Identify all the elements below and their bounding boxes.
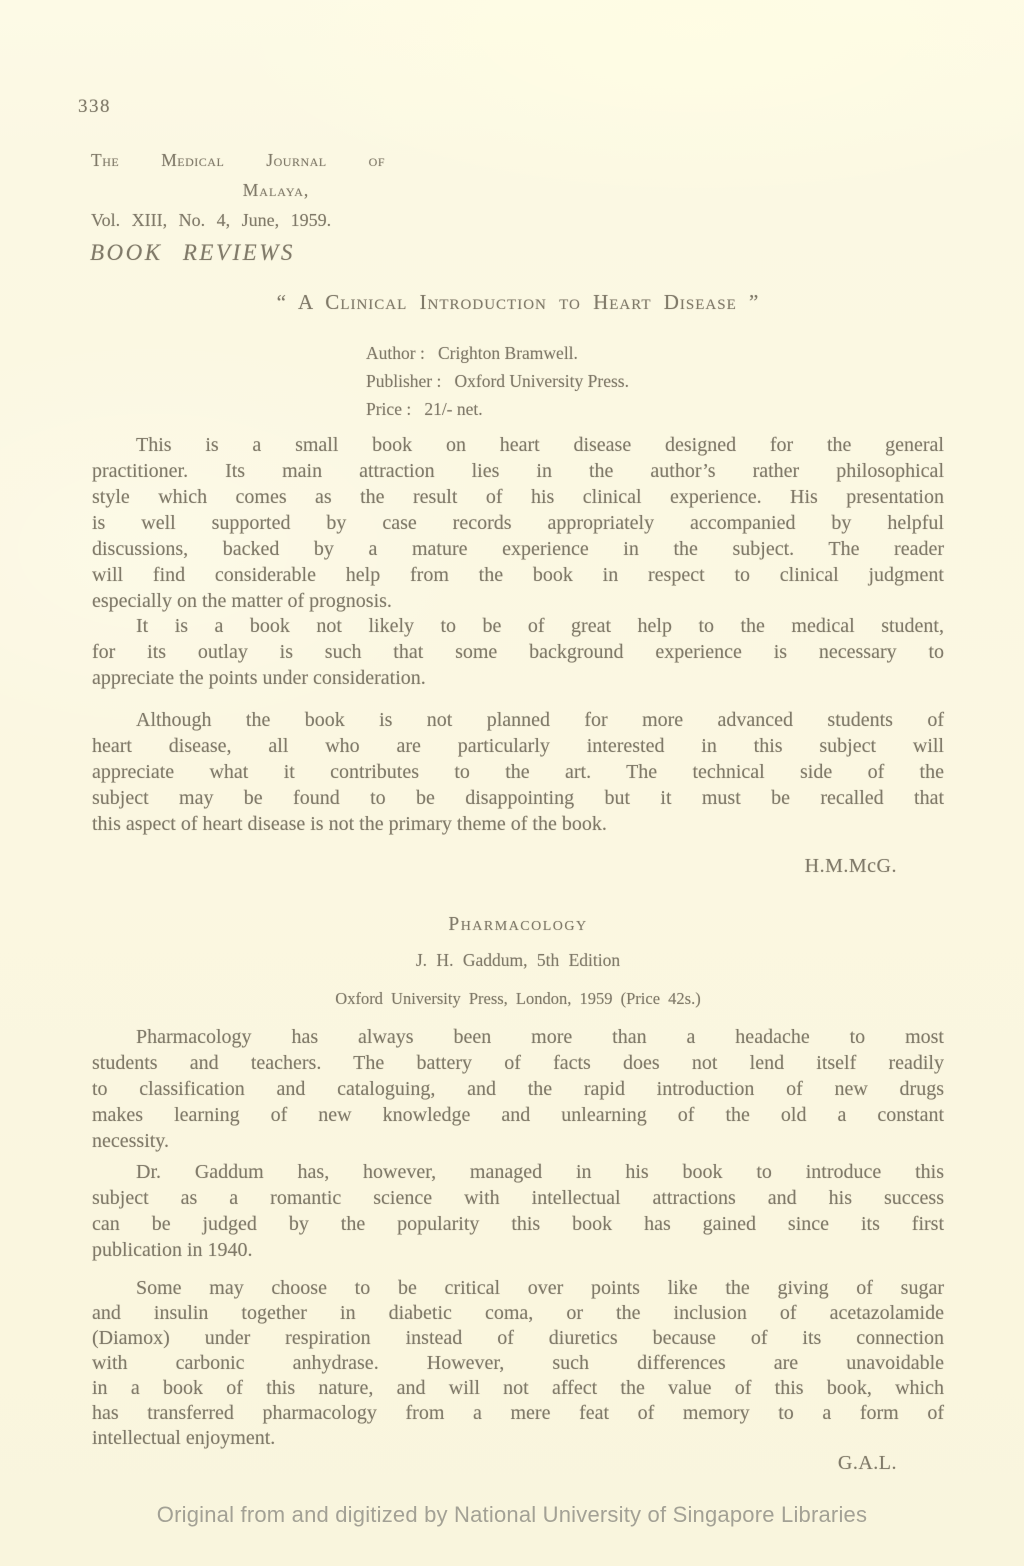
review2-byline: J. H. Gaddum, 5th Edition	[92, 950, 944, 971]
reviewer-signature: H.M.McG.	[805, 855, 897, 878]
journal-title-line2: Malaya,	[167, 175, 385, 205]
text-line: (Diamox) under respiration instead of di…	[92, 1326, 944, 1351]
text-line: Although the book is not planned for mor…	[92, 707, 944, 733]
text-line: in a book of this nature, and will not a…	[92, 1376, 944, 1401]
review1-price-line: Price : 21/- net.	[366, 395, 629, 423]
reviewer-signature: G.A.L.	[838, 1452, 897, 1475]
review2-imprint: Oxford University Press, London, 1959 (P…	[92, 989, 944, 1009]
paragraph: Although the book is not planned for mor…	[92, 707, 944, 837]
text-line: Some may choose to be critical over poin…	[92, 1276, 944, 1301]
text-line: appreciate the points under consideratio…	[92, 665, 944, 691]
review1-publisher-line: Publisher : Oxford University Press.	[366, 367, 629, 395]
journal-volume-line: Vol. XIII, No. 4, June, 1959.	[91, 205, 385, 235]
text-line: makes learning of new knowledge and unle…	[92, 1102, 944, 1128]
text-line: this aspect of heart disease is not the …	[92, 811, 944, 837]
text-line: is well supported by case records approp…	[92, 510, 944, 536]
text-line: has transferred pharmacology from a mere…	[92, 1401, 944, 1426]
text-line: Dr. Gaddum has, however, managed in his …	[92, 1159, 944, 1185]
review1-title: “ A Clinical Introduction to Heart Disea…	[92, 290, 944, 315]
text-line: students and teachers. The battery of fa…	[92, 1050, 944, 1076]
text-line: subject as a romantic science with intel…	[92, 1185, 944, 1211]
paragraph: This is a small book on heart disease de…	[92, 432, 944, 614]
text-line: can be judged by the popularity this boo…	[92, 1211, 944, 1237]
journal-title-line1: The Medical Journal of	[91, 145, 385, 175]
text-line: will find considerable help from the boo…	[92, 562, 944, 588]
text-line: appreciate what it contributes to the ar…	[92, 759, 944, 785]
review1-author-line: Author : Crighton Bramwell.	[366, 339, 629, 367]
section-heading-book-reviews: BOOK REVIEWS	[90, 240, 295, 266]
paragraph: Pharmacology has always been more than a…	[92, 1024, 944, 1154]
text-line: Pharmacology has always been more than a…	[92, 1024, 944, 1050]
text-line: to classification and cataloguing, and t…	[92, 1076, 944, 1102]
text-line: publication in 1940.	[92, 1237, 944, 1263]
text-line: with carbonic anhydrase. However, such d…	[92, 1351, 944, 1376]
text-line: necessity.	[92, 1128, 944, 1154]
paragraph: It is a book not likely to be of great h…	[92, 613, 944, 691]
paragraph: Some may choose to be critical over poin…	[92, 1276, 944, 1451]
text-line: heart disease, all who are particularly …	[92, 733, 944, 759]
page-number: 338	[78, 96, 111, 118]
text-line: style which comes as the result of his c…	[92, 484, 944, 510]
text-line: practitioner. Its main attraction lies i…	[92, 458, 944, 484]
text-line: especially on the matter of prognosis.	[92, 588, 944, 614]
text-line: This is a small book on heart disease de…	[92, 432, 944, 458]
journal-header: The Medical Journal of Malaya, Vol. XIII…	[91, 145, 385, 235]
review2-title: Pharmacology	[92, 914, 944, 936]
text-line: discussions, backed by a mature experien…	[92, 536, 944, 562]
paragraph: Dr. Gaddum has, however, managed in his …	[92, 1159, 944, 1263]
text-line: subject may be found to be disappointing…	[92, 785, 944, 811]
text-line: intellectual enjoyment.	[92, 1426, 944, 1451]
review1-meta: Author : Crighton Bramwell. Publisher : …	[366, 339, 629, 423]
digitization-watermark: Original from and digitized by National …	[0, 1502, 1024, 1528]
text-line: for its outlay is such that some backgro…	[92, 639, 944, 665]
text-line: It is a book not likely to be of great h…	[92, 613, 944, 639]
text-line: and insulin together in diabetic coma, o…	[92, 1301, 944, 1326]
